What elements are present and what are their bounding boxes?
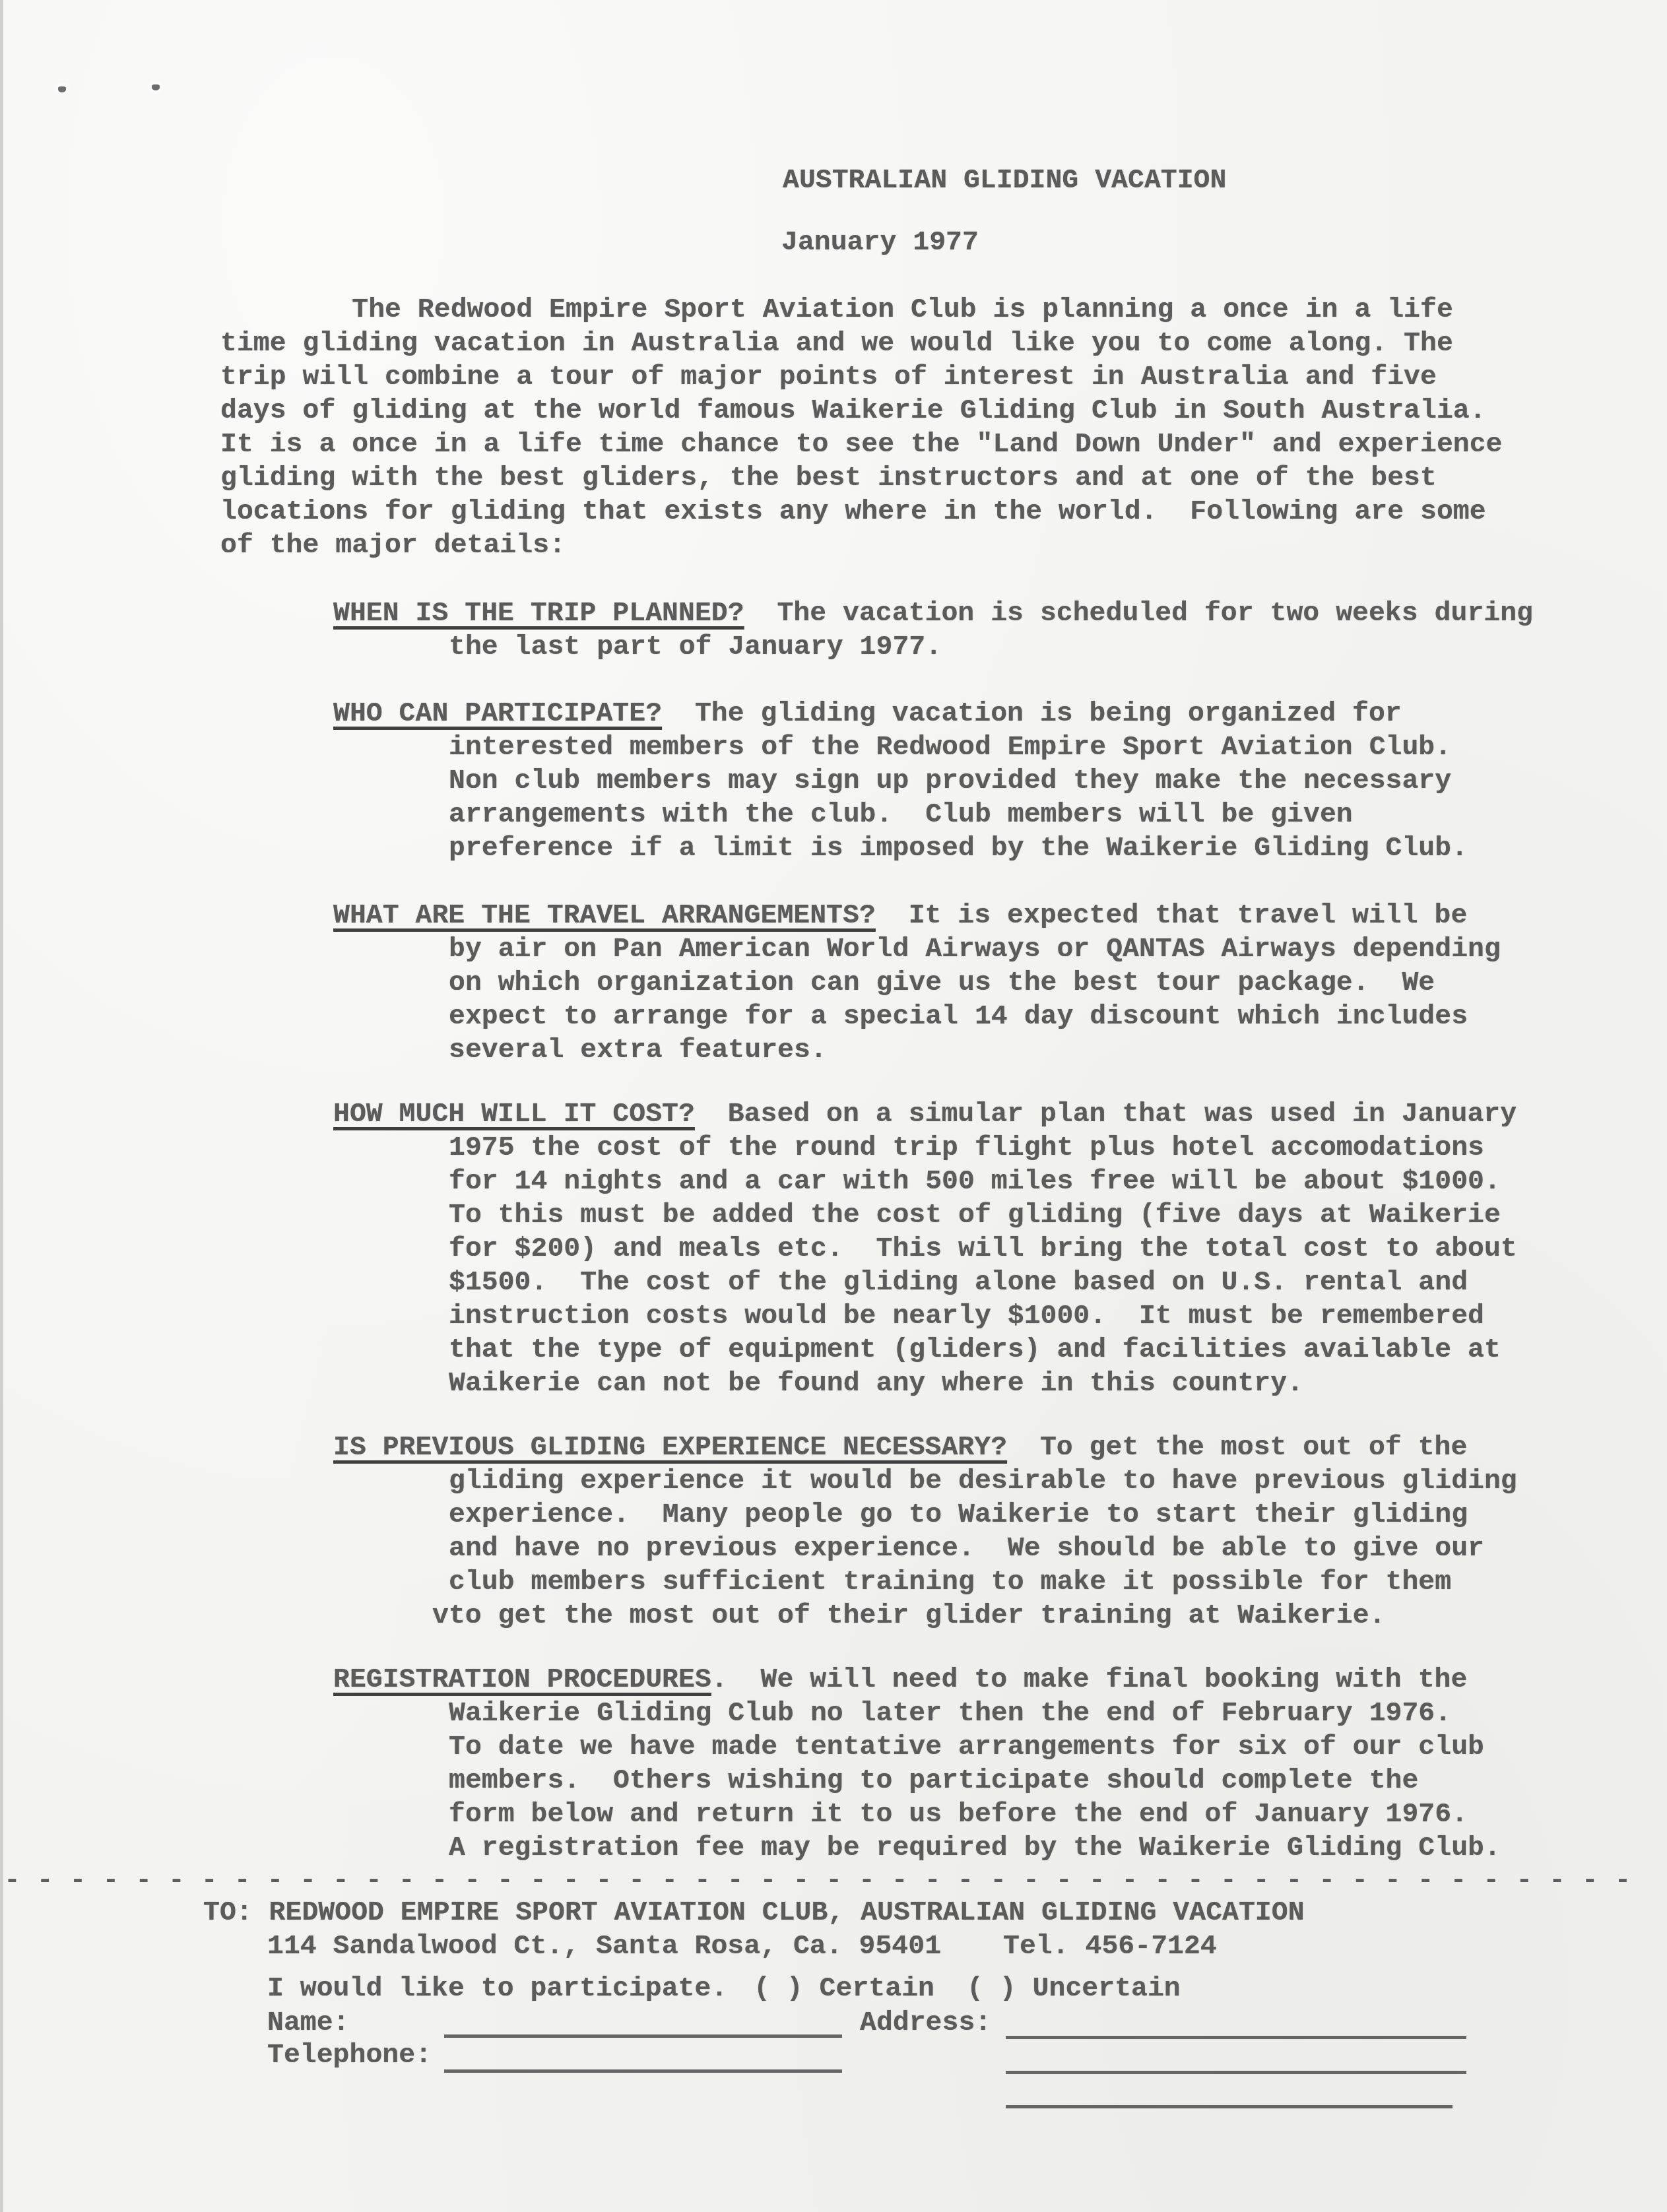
section-line: 1975 the cost of the round trip flight p… bbox=[449, 1131, 1632, 1165]
section-line: arrangements with the club. Club members… bbox=[449, 798, 1517, 831]
section-heading: REGISTRATION PROCEDURES bbox=[333, 1664, 711, 1695]
section-registration: REGISTRATION PROCEDURES. We will need to… bbox=[333, 1663, 1467, 1865]
section-line: and have no previous experience. We shou… bbox=[449, 1532, 1583, 1565]
intro-line: The Redwood Empire Sport Aviation Club i… bbox=[220, 293, 1503, 327]
section-first-line: It is expected that travel will be bbox=[876, 900, 1468, 931]
section-line: that the type of equipment (gliders) and… bbox=[449, 1333, 1632, 1367]
staple-hole bbox=[152, 84, 160, 90]
name-label: Name: bbox=[267, 2006, 350, 2040]
form-to-line: TO: REDWOOD EMPIRE SPORT AVIATION CLUB, … bbox=[203, 1896, 1305, 1930]
intro-line: locations for gliding that exists any wh… bbox=[220, 495, 1503, 529]
section-experience: IS PREVIOUS GLIDING EXPERIENCE NECESSARY… bbox=[333, 1431, 1467, 1633]
intro-line: of the major details: bbox=[220, 529, 1503, 562]
section-line: To date we have made tentative arrangeme… bbox=[449, 1730, 1583, 1764]
section-heading: IS PREVIOUS GLIDING EXPERIENCE NECESSARY… bbox=[333, 1432, 1007, 1463]
section-line: for 14 nights and a car with 500 miles f… bbox=[449, 1165, 1632, 1198]
section-heading: WHO CAN PARTICIPATE? bbox=[333, 698, 662, 729]
section-first-line: The gliding vacation is being organized … bbox=[662, 698, 1402, 729]
intro-line: trip will combine a tour of major points… bbox=[220, 360, 1503, 394]
intro-paragraph: The Redwood Empire Sport Aviation Club i… bbox=[220, 293, 1503, 562]
section-line: experience. Many people go to Waikerie t… bbox=[449, 1498, 1583, 1532]
section-line: the last part of January 1977. bbox=[449, 630, 1649, 664]
section-line: preference if a limit is imposed by the … bbox=[449, 831, 1517, 865]
document-title: AUSTRALIAN GLIDING VACATION bbox=[783, 164, 1226, 197]
section-travel: WHAT ARE THE TRAVEL ARRANGEMENTS? It is … bbox=[333, 899, 1467, 1067]
section-line: form below and return it to us before th… bbox=[449, 1798, 1583, 1831]
section-first-line: . We will need to make final booking wit… bbox=[711, 1664, 1468, 1695]
section-heading: WHEN IS THE TRIP PLANNED? bbox=[333, 598, 744, 629]
address-label: Address: bbox=[860, 2006, 991, 2040]
uncertain-checkbox[interactable]: ( ) Uncertain bbox=[967, 1972, 1181, 2005]
section-line: To this must be added the cost of glidin… bbox=[449, 1198, 1632, 1232]
section-line: Waikerie Gliding Club no later then the … bbox=[449, 1697, 1583, 1730]
section-line: interested members of the Redwood Empire… bbox=[449, 731, 1517, 764]
section-who: WHO CAN PARTICIPATE? The gliding vacatio… bbox=[333, 697, 1402, 865]
form-address-line: 114 Sandalwood Ct., Santa Rosa, Ca. 9540… bbox=[267, 1930, 941, 1963]
section-line: club members sufficient training to make… bbox=[449, 1565, 1583, 1599]
telephone-field[interactable] bbox=[444, 2069, 842, 2073]
section-line: vto get the most out of their glider tra… bbox=[432, 1599, 1566, 1633]
section-line: instruction costs would be nearly $1000.… bbox=[449, 1299, 1632, 1333]
section-heading: WHAT ARE THE TRAVEL ARRANGEMENTS? bbox=[333, 900, 876, 931]
section-line: by air on Pan American World Airways or … bbox=[449, 932, 1583, 966]
address-field-1[interactable] bbox=[1006, 2036, 1466, 2039]
section-line: several extra features. bbox=[449, 1033, 1583, 1067]
section-line: $1500. The cost of the gliding alone bas… bbox=[449, 1266, 1632, 1299]
section-line: gliding experience it would be desirable… bbox=[449, 1464, 1583, 1498]
staple-hole bbox=[58, 86, 66, 92]
certain-checkbox[interactable]: ( ) Certain bbox=[754, 1972, 934, 2005]
section-line: for $200) and meals etc. This will bring… bbox=[449, 1232, 1632, 1266]
page-edge bbox=[0, 0, 3, 2212]
section-line: expect to arrange for a special 14 day d… bbox=[449, 1000, 1583, 1033]
section-line: Waikerie can not be found any where in t… bbox=[449, 1367, 1632, 1400]
telephone-label: Telephone: bbox=[267, 2038, 432, 2072]
address-field-3[interactable] bbox=[1006, 2105, 1453, 2108]
section-line: on which organization can give us the be… bbox=[449, 966, 1583, 1000]
section-first-line: Based on a simular plan that was used in… bbox=[695, 1099, 1517, 1130]
section-heading: HOW MUCH WILL IT COST? bbox=[333, 1099, 695, 1130]
participate-text: I would like to participate. bbox=[267, 1972, 727, 2005]
name-field[interactable] bbox=[444, 2034, 842, 2038]
intro-line: It is a once in a life time chance to se… bbox=[220, 428, 1503, 461]
intro-line: gliding with the best gliders, the best … bbox=[220, 461, 1503, 495]
intro-line: days of gliding at the world famous Waik… bbox=[220, 394, 1503, 428]
form-telephone-number: Tel. 456-7124 bbox=[1003, 1930, 1217, 1963]
section-line: Non club members may sign up provided th… bbox=[449, 764, 1517, 798]
address-field-2[interactable] bbox=[1006, 2071, 1466, 2074]
section-line: members. Others wishing to participate s… bbox=[449, 1764, 1583, 1798]
intro-line: time gliding vacation in Australia and w… bbox=[220, 327, 1503, 360]
section-cost: HOW MUCH WILL IT COST? Based on a simula… bbox=[333, 1097, 1517, 1400]
section-first-line: The vacation is scheduled for two weeks … bbox=[744, 598, 1533, 629]
section-first-line: To get the most out of the bbox=[1007, 1432, 1467, 1463]
section-line: A registration fee may be required by th… bbox=[449, 1831, 1583, 1865]
section-when: WHEN IS THE TRIP PLANNED? The vacation i… bbox=[333, 597, 1533, 664]
document-date: January 1977 bbox=[781, 226, 979, 259]
cut-line: - - - - - - - - - - - - - - - - - - - - … bbox=[4, 1864, 1647, 1897]
